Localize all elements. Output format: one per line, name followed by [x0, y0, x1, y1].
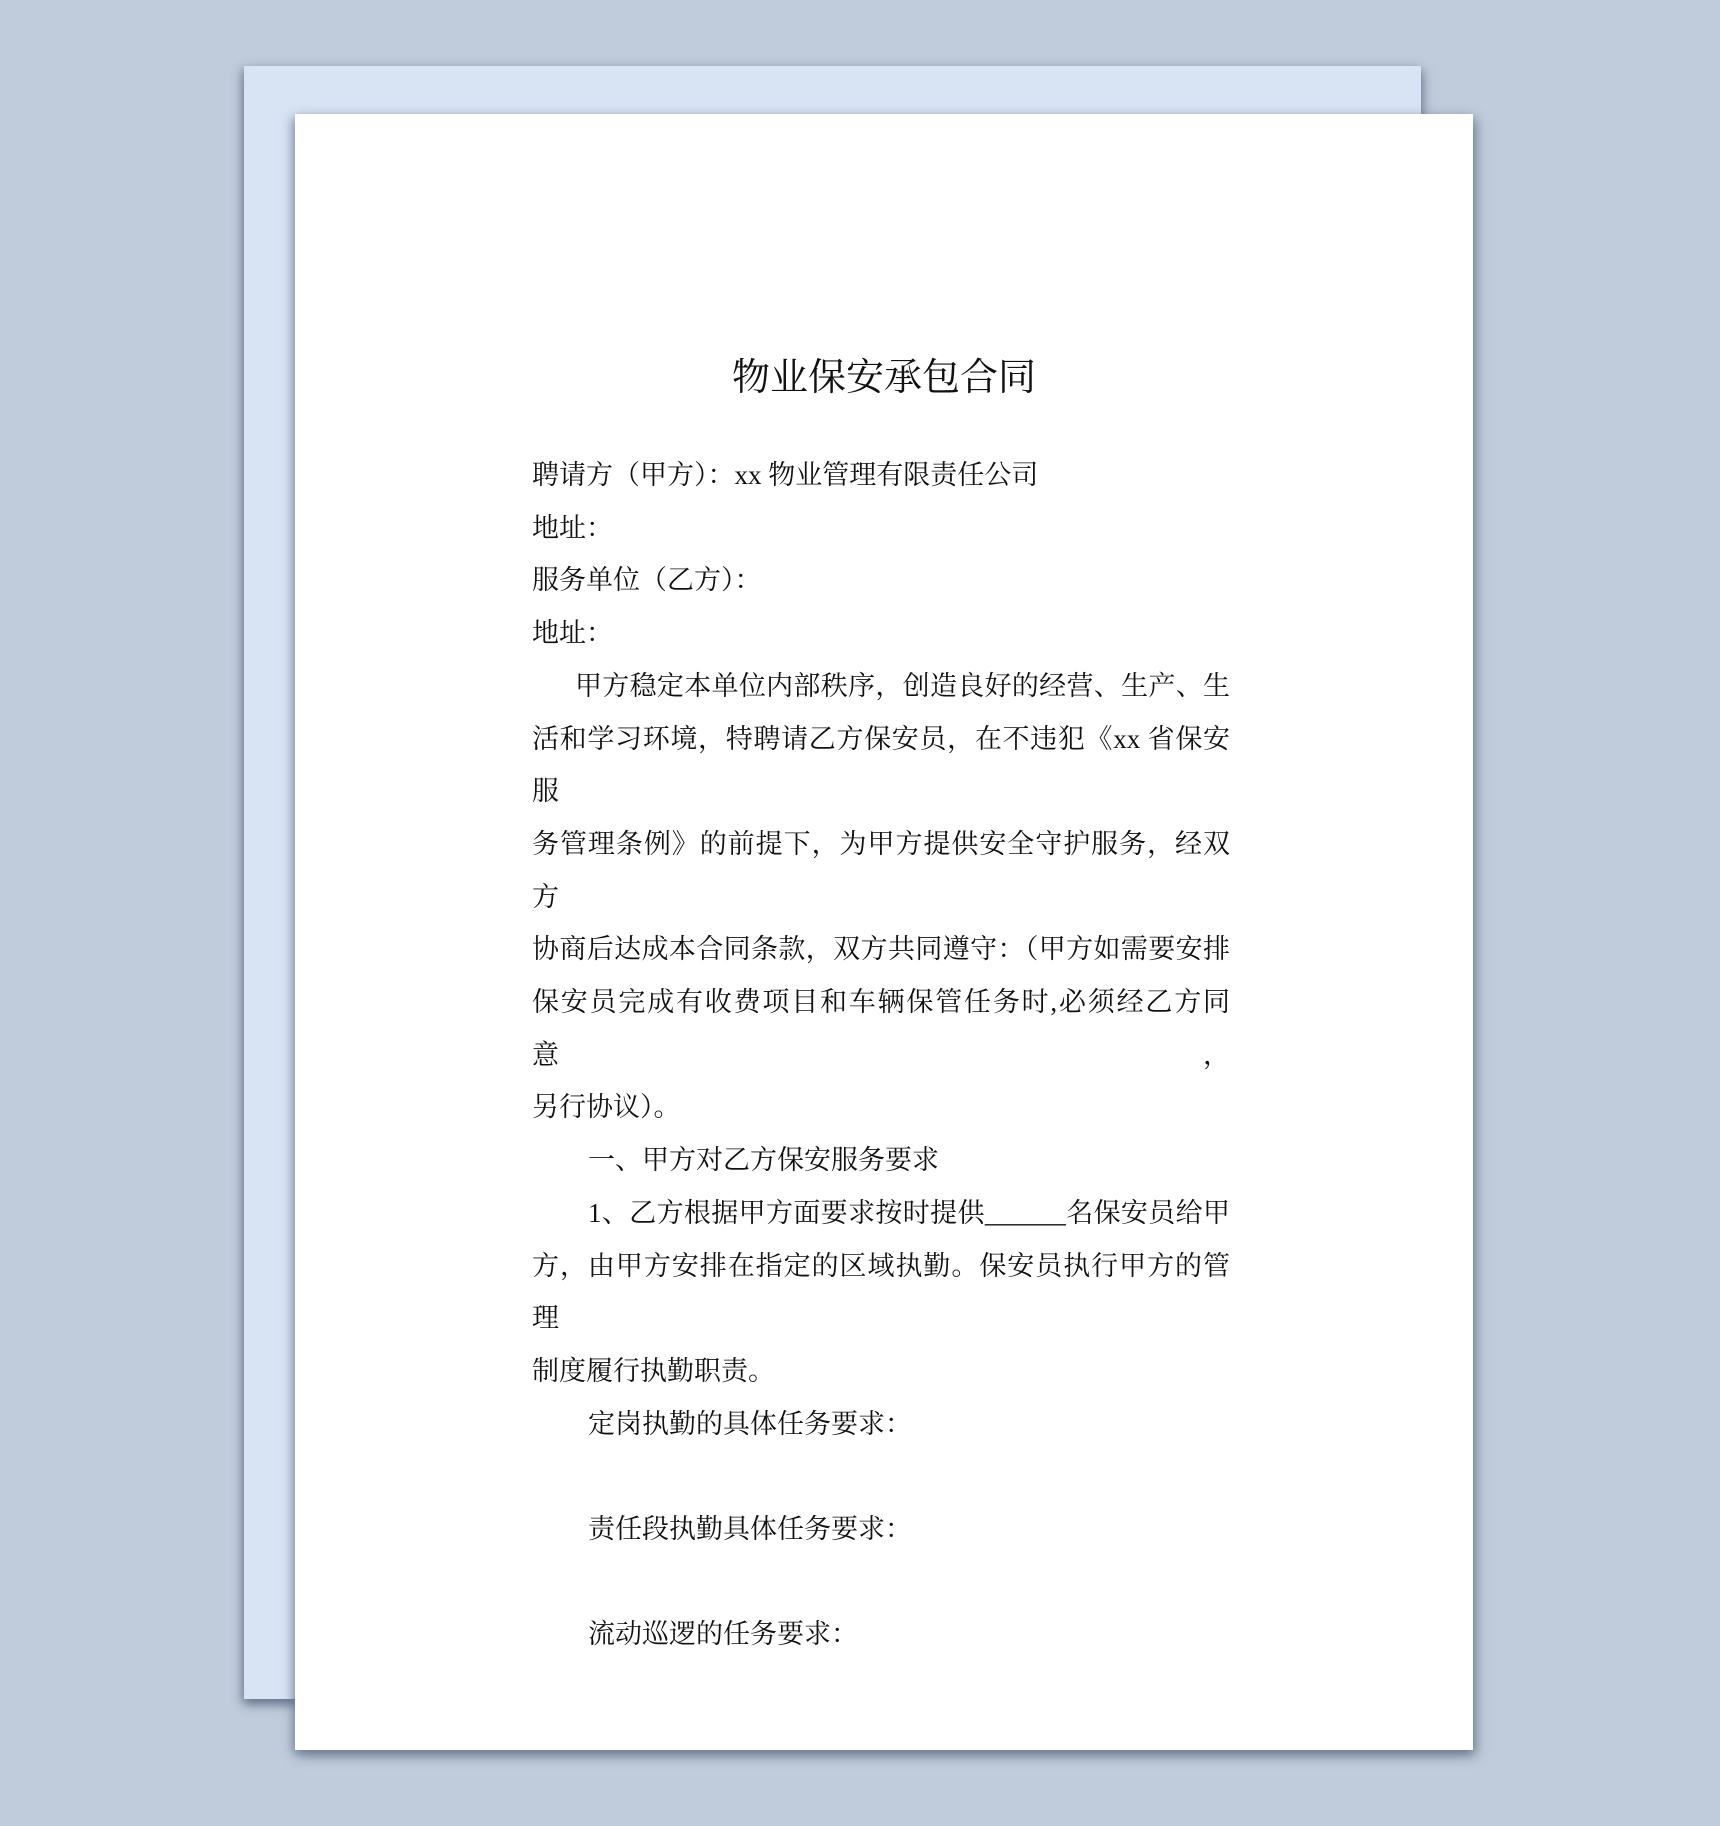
- text-line-section-duty: 责任段执勤具体任务要求：: [532, 1503, 1230, 1556]
- text-line-blank-2: [532, 1556, 1230, 1609]
- text-line-clause1-1: 1、乙方根据甲方面要求按时提供______名保安员给甲: [532, 1187, 1230, 1240]
- text-line-section-heading: 一、甲方对乙方保安服务要求: [532, 1134, 1230, 1187]
- text-line-address-2: 地址：: [532, 607, 1230, 660]
- document-body: 聘请方（甲方）：xx 物业管理有限责任公司 地址： 服务单位（乙方）： 地址： …: [532, 449, 1230, 1661]
- text-line-patrol-duty: 流动巡逻的任务要求：: [532, 1608, 1230, 1661]
- document-page: 物业保安承包合同 聘请方（甲方）：xx 物业管理有限责任公司 地址： 服务单位（…: [295, 114, 1473, 1750]
- text-line-intro-3: 务管理条例》的前提下，为甲方提供安全守护服务，经双方: [532, 818, 1230, 923]
- text-line-clause1-3: 制度履行执勤职责。: [532, 1345, 1230, 1398]
- text-line-intro-5: 保安员完成有收费项目和车辆保管任务时,必须经乙方同意，: [532, 976, 1230, 1081]
- text-line-intro-2: 活和学习环境，特聘请乙方保安员，在不违犯《xx 省保安服: [532, 713, 1230, 818]
- text-line-intro-1: 甲方稳定本单位内部秩序，创造良好的经营、生产、生: [532, 660, 1230, 713]
- document-title: 物业保安承包合同: [295, 346, 1473, 401]
- text-line-clause1-2: 方，由甲方安排在指定的区域执勤。保安员执行甲方的管理: [532, 1240, 1230, 1345]
- text-line-hiring-party: 聘请方（甲方）：xx 物业管理有限责任公司: [532, 449, 1230, 502]
- canvas-background: 物业保安承包合同 聘请方（甲方）：xx 物业管理有限责任公司 地址： 服务单位（…: [0, 0, 1720, 1826]
- text-line-service-unit: 服务单位（乙方）：: [532, 554, 1230, 607]
- text-line-address-1: 地址：: [532, 502, 1230, 555]
- text-line-blank-1: [532, 1450, 1230, 1503]
- text-line-fixed-post-duty: 定岗执勤的具体任务要求：: [532, 1398, 1230, 1451]
- text-line-intro-6: 另行协议）。: [532, 1081, 1230, 1134]
- text-line-intro-4: 协商后达成本合同条款，双方共同遵守：（甲方如需要安排: [532, 923, 1230, 976]
